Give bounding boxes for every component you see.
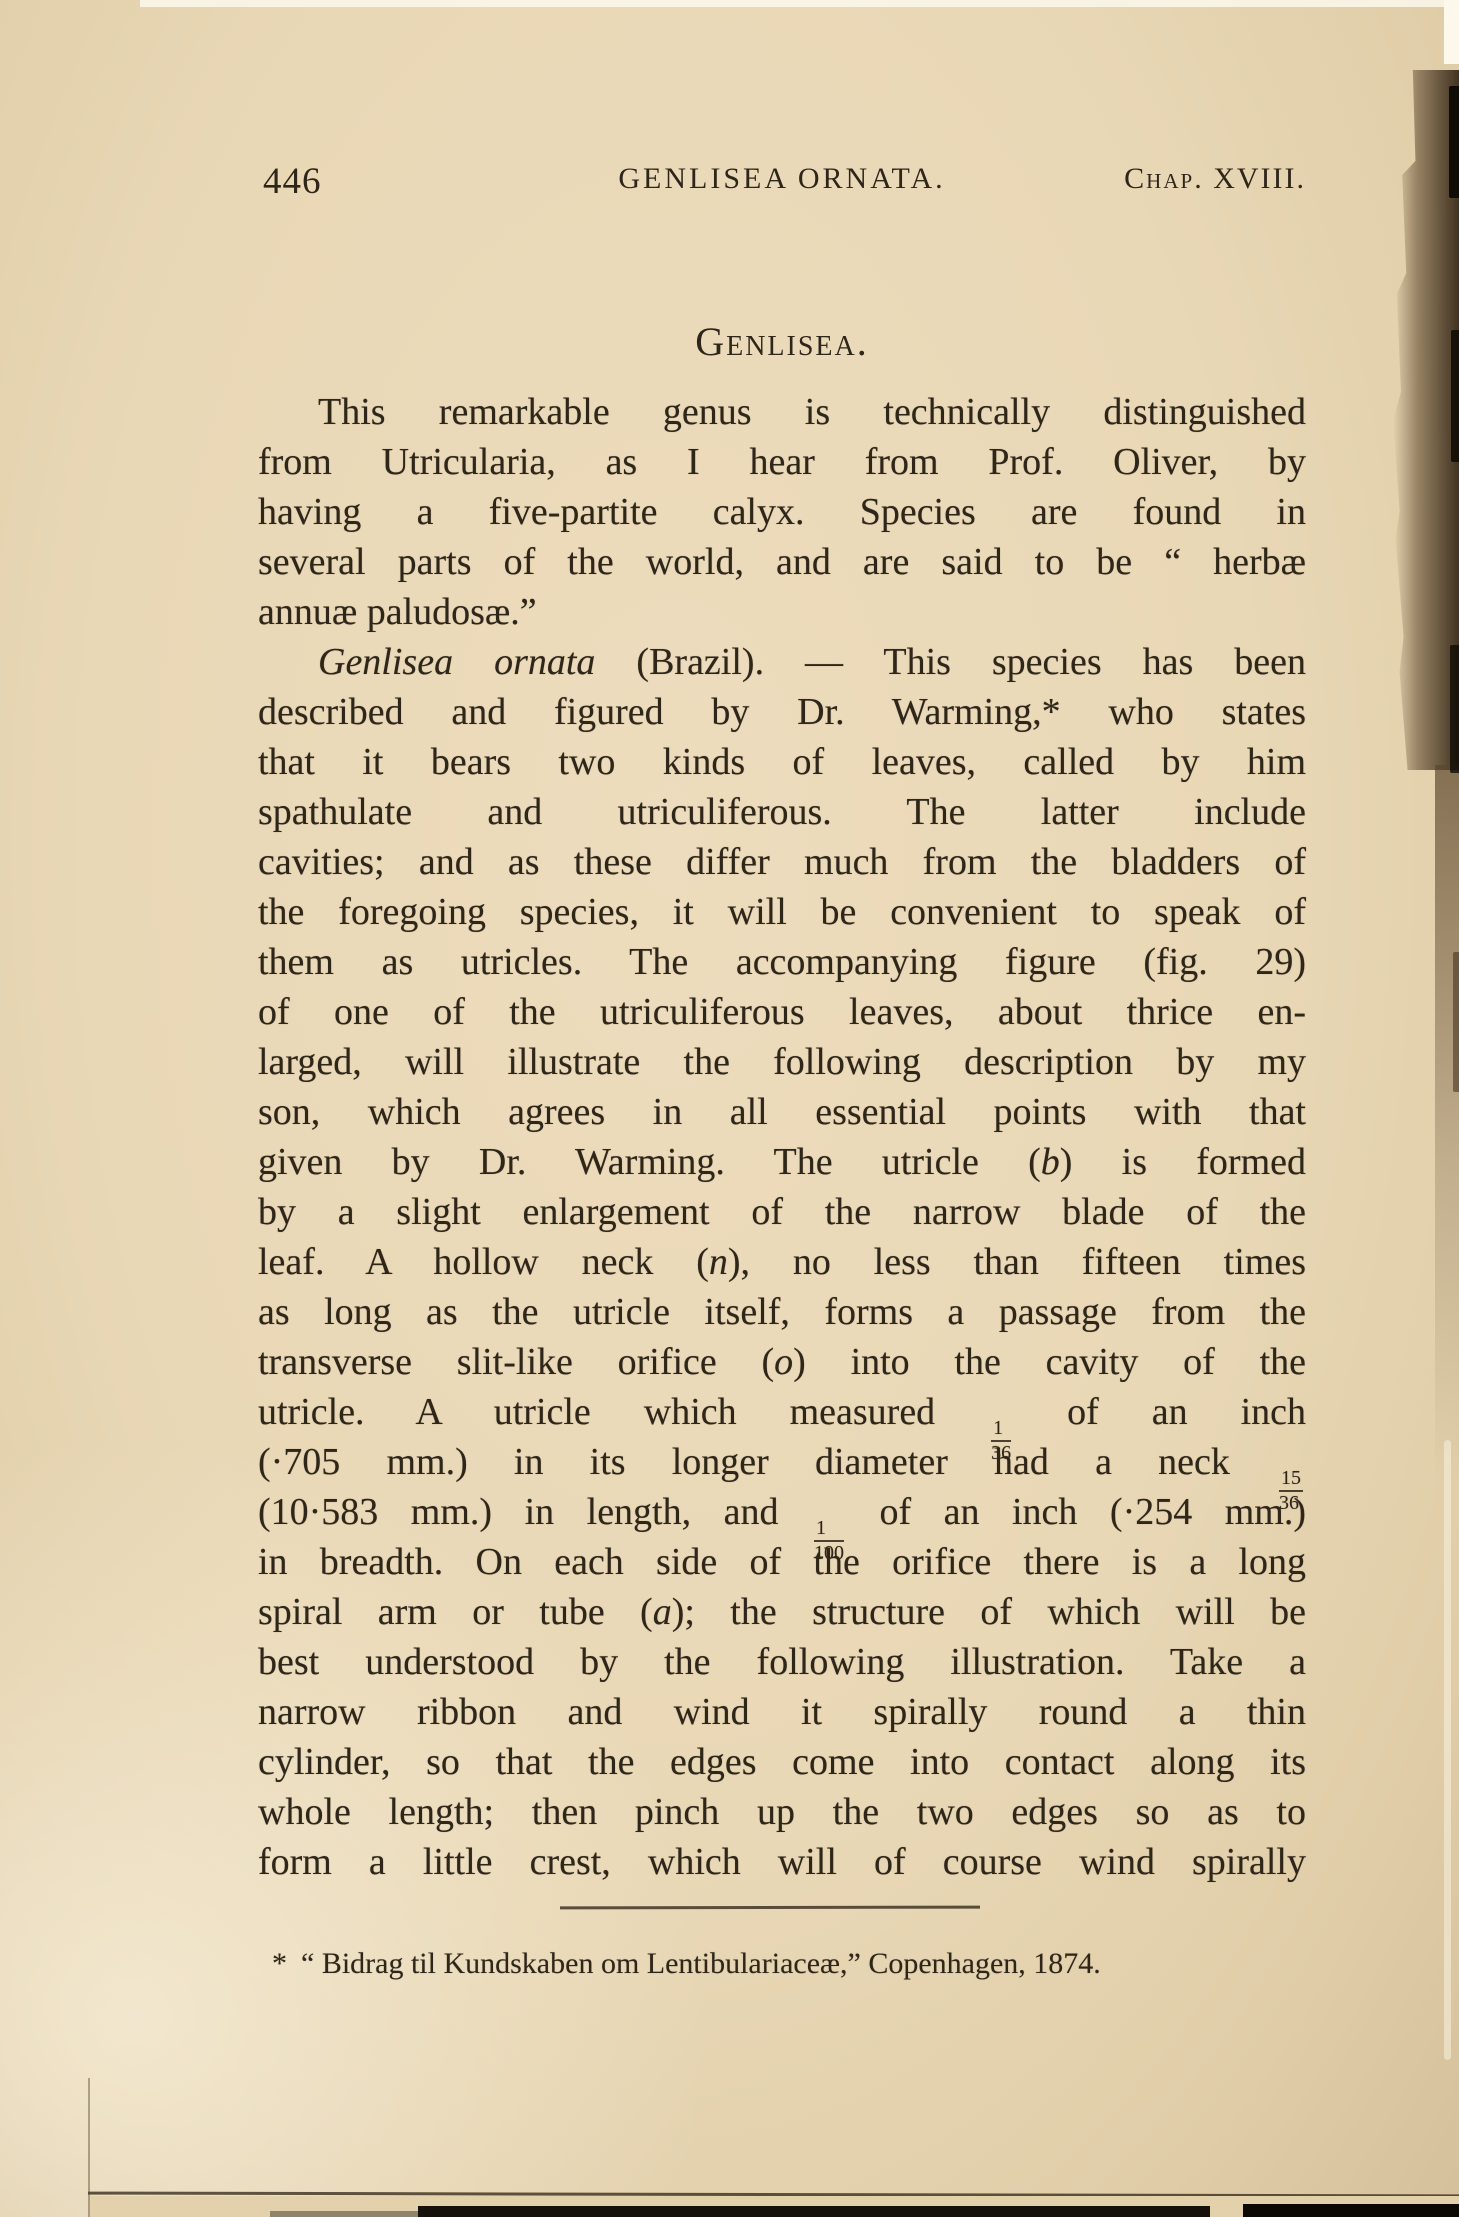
- text-line: transverse slit-like orifice (o) into th…: [258, 1337, 1306, 1387]
- text-segment: having a five-partite calyx. Species are…: [258, 491, 1306, 533]
- footnote-marker: *: [272, 1947, 287, 1980]
- text-segment: whole length; then pinch up the two edge…: [258, 1791, 1306, 1833]
- running-head: 446 GENLISEA ORNATA. Chap. XVIII.: [0, 160, 1459, 204]
- text-segment: of an inch (·254 mm.): [847, 1491, 1306, 1533]
- text-line: (10·583 mm.) in length, and 1100 of an i…: [258, 1487, 1306, 1537]
- text-line: Genlisea ornata (Brazil). — This species…: [258, 637, 1306, 687]
- page-edge-highlight: [1444, 1440, 1451, 2060]
- text-segment: (Brazil). — This species has been: [595, 641, 1306, 683]
- text-segment: leaf. A hollow neck (: [258, 1241, 709, 1283]
- text-line: that it bears two kinds of leaves, calle…: [258, 737, 1306, 787]
- scan-dark-band: [1243, 2204, 1459, 2217]
- text-line: by a slight enlargement of the narrow bl…: [258, 1187, 1306, 1237]
- chapter-label: Chap. XVIII.: [1124, 162, 1306, 196]
- italic-text: a: [653, 1591, 672, 1633]
- text-segment: ) is formed: [1060, 1141, 1306, 1183]
- edge-dark-mark: [1451, 330, 1459, 462]
- text-line: cavities; and as these differ much from …: [258, 837, 1306, 887]
- footnote: *“ Bidrag til Kundskaben om Lentibularia…: [272, 1944, 1320, 1984]
- text-line: in breadth. On each side of the orifice …: [258, 1537, 1306, 1587]
- book-fore-edge-fade: [1435, 765, 1459, 1485]
- text-segment: spathulate and utriculiferous. The latte…: [258, 791, 1306, 833]
- text-line: whole length; then pinch up the two edge…: [258, 1787, 1306, 1837]
- text-line: as long as the utricle itself, forms a p…: [258, 1287, 1306, 1337]
- text-segment: of one of the utriculiferous leaves, abo…: [258, 991, 1306, 1033]
- page-top-edge: [140, 0, 1459, 7]
- text-line: (·705 mm.) in its longer diameter had a …: [258, 1437, 1306, 1487]
- text-segment: utricle. A utricle which measured: [258, 1391, 988, 1433]
- text-segment: ), no less than fifteen times: [728, 1241, 1306, 1283]
- text-segment: best understood by the following illustr…: [258, 1641, 1306, 1683]
- text-segment: ) into the cavity of the: [793, 1341, 1306, 1383]
- text-segment: several parts of the world, and are said…: [258, 541, 1306, 583]
- footnote-rule: [560, 1906, 980, 1910]
- text-line: described and figured by Dr. Warming,* w…: [258, 687, 1306, 737]
- text-segment: by a slight enlargement of the narrow bl…: [258, 1191, 1306, 1233]
- text-line: annuæ paludosæ.”: [258, 587, 1306, 637]
- text-segment: given by Dr. Warming. The utricle (: [258, 1141, 1041, 1183]
- scan-dark-band: [270, 2211, 420, 2217]
- text-segment: from Utricularia, as I hear from Prof. O…: [258, 441, 1306, 483]
- text-segment: cavities; and as these differ much from …: [258, 841, 1306, 883]
- italic-text: b: [1041, 1141, 1060, 1183]
- text-line: cylinder, so that the edges come into co…: [258, 1737, 1306, 1787]
- text-segment: of an inch: [1014, 1391, 1306, 1433]
- edge-dark-mark: [1453, 952, 1459, 1092]
- text-line: the foregoing species, it will be conven…: [258, 887, 1306, 937]
- text-line: larged, will illustrate the following de…: [258, 1037, 1306, 1087]
- text-segment: in breadth. On each side of the orifice …: [258, 1541, 1306, 1583]
- text-line: several parts of the world, and are said…: [258, 537, 1306, 587]
- italic-text: Genlisea ornata: [318, 641, 595, 683]
- text-segment: annuæ paludosæ.”: [258, 591, 537, 633]
- text-segment: (10·583 mm.) in length, and: [258, 1491, 811, 1533]
- text-segment: This remarkable genus is technically dis…: [318, 391, 1306, 433]
- text-line: narrow ribbon and wind it spirally round…: [258, 1687, 1306, 1737]
- text-segment: narrow ribbon and wind it spirally round…: [258, 1691, 1306, 1733]
- text-segment: spiral arm or tube (: [258, 1591, 653, 1633]
- body-text: This remarkable genus is technically dis…: [258, 387, 1306, 1887]
- footnote-text: “ Bidrag til Kundskaben om Lentibulariac…: [301, 1947, 1101, 1980]
- text-line: having a five-partite calyx. Species are…: [258, 487, 1306, 537]
- text-segment: larged, will illustrate the following de…: [258, 1041, 1306, 1083]
- text-segment: as long as the utricle itself, forms a p…: [258, 1291, 1306, 1333]
- text-segment: (·705 mm.) in its longer diameter had a …: [258, 1441, 1276, 1483]
- edge-dark-mark: [1450, 645, 1459, 773]
- book-page-scan: 446 GENLISEA ORNATA. Chap. XVIII. Genlis…: [0, 0, 1459, 2217]
- text-segment: described and figured by Dr. Warming,* w…: [258, 691, 1306, 733]
- text-segment: the foregoing species, it will be conven…: [258, 891, 1306, 933]
- text-segment: ); the structure of which will be: [672, 1591, 1306, 1633]
- text-line: spiral arm or tube (a); the structure of…: [258, 1587, 1306, 1637]
- text-line: from Utricularia, as I hear from Prof. O…: [258, 437, 1306, 487]
- italic-text: n: [709, 1241, 728, 1283]
- text-line: This remarkable genus is technically dis…: [258, 387, 1306, 437]
- page-corner-highlight: [1444, 0, 1459, 64]
- text-line: given by Dr. Warming. The utricle (b) is…: [258, 1137, 1306, 1187]
- text-line: form a little crest, which will of cours…: [258, 1837, 1306, 1887]
- text-line: best understood by the following illustr…: [258, 1637, 1306, 1687]
- scan-dark-band: [418, 2206, 1210, 2217]
- text-line: son, which agrees in all essential point…: [258, 1087, 1306, 1137]
- text-line: spathulate and utriculiferous. The latte…: [258, 787, 1306, 837]
- text-line: of one of the utriculiferous leaves, abo…: [258, 987, 1306, 1037]
- text-line: them as utricles. The accompanying figur…: [258, 937, 1306, 987]
- italic-text: o: [774, 1341, 793, 1383]
- text-segment: transverse slit-like orifice (: [258, 1341, 774, 1383]
- text-segment: that it bears two kinds of leaves, calle…: [258, 741, 1306, 783]
- text-segment: cylinder, so that the edges come into co…: [258, 1741, 1306, 1783]
- text-segment: them as utricles. The accompanying figur…: [258, 941, 1306, 983]
- text-line: utricle. A utricle which measured 136 of…: [258, 1387, 1306, 1437]
- text-segment: form a little crest, which will of cours…: [258, 1841, 1306, 1883]
- text-line: leaf. A hollow neck (n), no less than fi…: [258, 1237, 1306, 1287]
- section-heading: Genlisea.: [258, 318, 1306, 365]
- text-segment: son, which agrees in all essential point…: [258, 1091, 1306, 1133]
